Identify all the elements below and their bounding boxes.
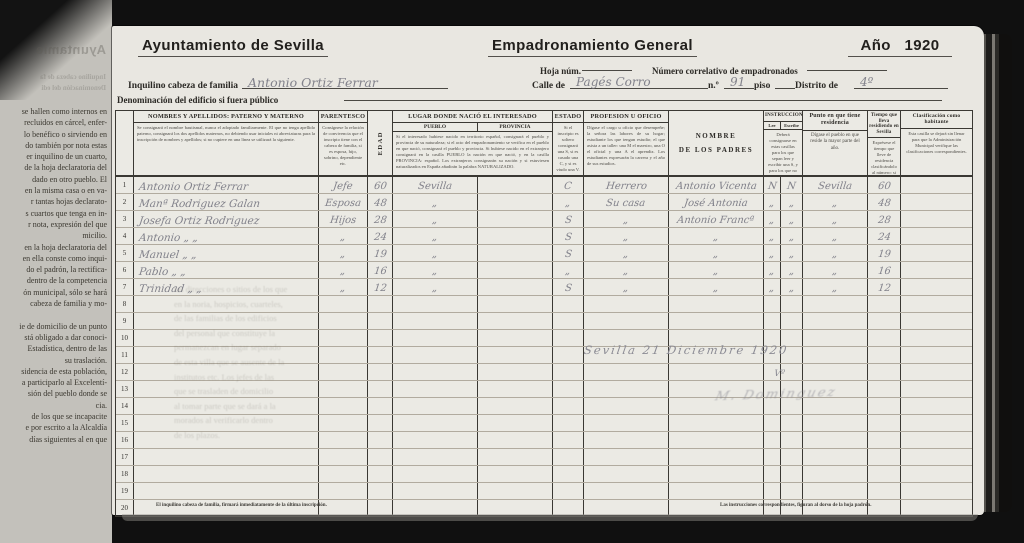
cell-estado: S — [553, 228, 584, 244]
column-header-nombres: NOMBRES Y APELLIDOS: PATERNO Y MATERNO S… — [134, 111, 319, 175]
cell-parentesco: Esposa — [319, 194, 368, 210]
handwritten-entry: Manuel „ „ — [138, 250, 197, 261]
row-number: 12 — [121, 368, 128, 376]
handwritten-entry: „ — [769, 216, 775, 226]
handwritten-entry: Hijos — [329, 216, 356, 226]
row-number: 5 — [123, 249, 127, 257]
handwritten-entry: „ — [832, 216, 838, 226]
cell-clasificacion — [901, 381, 972, 397]
cell-edad: 28 — [368, 211, 393, 227]
table-row: 3Josefa Ortiz RodriguezHijos28„S„Antonio… — [116, 211, 972, 228]
cell-estado — [553, 330, 584, 346]
handwritten-entry: 28 — [877, 216, 891, 226]
cell-escribe — [781, 483, 803, 499]
cell-tiempo — [868, 415, 901, 431]
handwritten-entry: Antonio Vicenta — [675, 182, 757, 192]
cell-edad — [368, 483, 393, 499]
cell-num: 6 — [116, 262, 134, 278]
handwritten-entry: 16 — [373, 267, 387, 277]
cell-num: 11 — [116, 347, 134, 363]
handwritten-entry: Esposa — [324, 199, 361, 209]
cell-clasificacion — [901, 211, 972, 227]
handwritten-entry: 24 — [373, 233, 387, 243]
cell-estado — [553, 415, 584, 431]
cell-residencia — [803, 432, 868, 448]
handwritten-entry: 28 — [373, 216, 387, 226]
cell-edad: 19 — [368, 245, 393, 261]
cell-escribe — [781, 313, 803, 329]
cell-parentesco: „ — [319, 262, 368, 278]
handwritten-entry: Manª Rodriguez Galan — [138, 199, 260, 210]
cell-profesion: „ — [584, 245, 669, 261]
handwritten-entry: Sevilla — [417, 182, 452, 192]
cell-profesion — [584, 466, 669, 482]
cell-padres — [669, 483, 764, 499]
cell-provincia — [478, 194, 553, 210]
cell-residencia: „ — [803, 262, 868, 278]
cell-padres: Antonio Vicenta — [669, 177, 764, 193]
cell-nombre: Antonio „ „ — [134, 228, 319, 244]
handwritten-entry: S — [564, 250, 572, 260]
piso-value — [775, 75, 795, 89]
cell-padres — [669, 466, 764, 482]
handwritten-entry: José Antonia — [684, 199, 749, 209]
cell-lee: „ — [764, 245, 781, 261]
cell-nombre: Josefa Ortiz Rodriguez — [134, 211, 319, 227]
cell-num: 19 — [116, 483, 134, 499]
cell-clasificacion — [901, 262, 972, 278]
cell-profesion — [584, 415, 669, 431]
nombres-note: Se consignará el nombre bautismal, nunca… — [134, 123, 318, 145]
cell-estado — [553, 296, 584, 312]
book-bottom-edge — [122, 514, 978, 521]
previous-page-text: se hallen como internos en recluidos en … — [0, 106, 110, 506]
provincia-subtitle: PROVINCIA — [478, 123, 552, 131]
handwritten-entry: „ — [713, 284, 719, 294]
table-header: NOMBRES Y APELLIDOS: PATERNO Y MATERNO S… — [116, 111, 972, 177]
profesion-note: Dígase el cargo u oficio que desempeñe; … — [584, 123, 668, 169]
cell-parentesco: „ — [319, 228, 368, 244]
column-header-clasificacion: Clasificación como habitante Esta casill… — [901, 111, 972, 175]
lugar-note: Si el interesado hubiese nacido en terri… — [393, 132, 552, 172]
cell-clasificacion — [901, 432, 972, 448]
row-number: 15 — [121, 419, 128, 427]
column-header-punto: Punto en que tiene residencia Dígase el … — [803, 111, 868, 175]
cell-parentesco — [319, 466, 368, 482]
cell-pueblo: „ — [393, 194, 478, 210]
cell-provincia — [478, 245, 553, 261]
cell-num: 9 — [116, 313, 134, 329]
pueblo-subtitle: PUEBLO — [393, 123, 478, 131]
cell-estado — [553, 449, 584, 465]
handwritten-entry: 16 — [877, 267, 891, 277]
cell-escribe: „ — [781, 228, 803, 244]
row-number: 1 — [123, 181, 127, 189]
estado-note: Si el inscripto es soltero consignará un… — [553, 123, 583, 175]
handwritten-entry: N — [787, 182, 797, 192]
cell-num: 14 — [116, 398, 134, 414]
handwritten-entry: „ — [432, 250, 438, 260]
handwritten-entry: Pablo „ „ — [138, 267, 186, 278]
cell-estado — [553, 313, 584, 329]
form-title: Empadronamiento General — [488, 37, 697, 57]
handwritten-entry: 24 — [877, 233, 891, 243]
cell-escribe: „ — [781, 279, 803, 295]
cell-profesion: „ — [584, 211, 669, 227]
cell-pueblo: „ — [393, 228, 478, 244]
row-number: 3 — [123, 215, 127, 223]
handwritten-entry: „ — [788, 250, 794, 260]
row-number: 20 — [121, 504, 128, 512]
cell-profesion — [584, 313, 669, 329]
cell-clasificacion — [901, 483, 972, 499]
instruccion-subheader: Lee Escribe — [764, 122, 802, 130]
cell-nombre — [134, 466, 319, 482]
cell-num: 12 — [116, 364, 134, 380]
denominacion-label: Denominación del edificio si fuera públi… — [117, 95, 278, 105]
handwritten-entry: 60 — [373, 182, 387, 192]
inquilino-label: Inquilino cabeza de familia — [128, 81, 238, 91]
handwritten-entry: S — [564, 284, 572, 294]
cell-num: 5 — [116, 245, 134, 261]
municipality-title: Ayuntamiento de Sevilla — [138, 37, 328, 57]
handwritten-entry: „ — [713, 267, 719, 277]
cell-clasificacion — [901, 449, 972, 465]
cell-padres: „ — [669, 228, 764, 244]
handwritten-entry: „ — [623, 250, 629, 260]
distrito-value: 4º — [854, 75, 948, 89]
handwritten-entry: „ — [565, 199, 571, 209]
cell-edad — [368, 466, 393, 482]
cell-profesion — [584, 449, 669, 465]
cell-estado — [553, 466, 584, 482]
cell-tiempo — [868, 364, 901, 380]
mirrored-ghost-title: Ayuntamie — [2, 42, 106, 57]
row-number: 7 — [123, 283, 127, 291]
cell-lee — [764, 483, 781, 499]
table-row: 2Manª Rodriguez GalanEsposa48„„Su casaJo… — [116, 194, 972, 211]
parentesco-note: Consígnese la relación de convivencia qu… — [319, 123, 367, 169]
cell-escribe: N — [781, 177, 803, 193]
handwritten-entry: „ — [788, 233, 794, 243]
cell-parentesco: „ — [319, 245, 368, 261]
cell-estado: „ — [553, 194, 584, 210]
cell-residencia: „ — [803, 211, 868, 227]
punto-note: Dígase el pueblo en que reside la mayor … — [803, 130, 867, 155]
handwritten-entry: Josefa Ortiz Rodriguez — [138, 216, 260, 227]
handwritten-entry: Su casa — [606, 199, 646, 209]
handwritten-entry: „ — [769, 284, 775, 294]
instruccion-note: Deberá consignarse en estas casillas par… — [764, 130, 802, 175]
lee-subtitle: Lee — [764, 122, 781, 129]
cell-padres — [669, 313, 764, 329]
cell-nombre: Manª Rodriguez Galan — [134, 194, 319, 210]
scanned-census-book: { "document": { "titles": { "municipalit… — [0, 0, 1024, 543]
cell-lee: „ — [764, 262, 781, 278]
handwritten-entry: „ — [769, 233, 775, 243]
cell-residencia: „ — [803, 245, 868, 261]
cell-escribe — [781, 466, 803, 482]
cell-padres — [669, 449, 764, 465]
cell-estado — [553, 364, 584, 380]
punto-title: Punto en que tiene residencia — [803, 111, 867, 128]
cell-num: 7 — [116, 279, 134, 295]
cell-padres: José Antonia — [669, 194, 764, 210]
handwritten-entry: „ — [832, 250, 838, 260]
cell-lee: N — [764, 177, 781, 193]
row-number: 9 — [123, 317, 127, 325]
cell-profesion: Herrero — [584, 177, 669, 193]
handwritten-entry: „ — [769, 199, 775, 209]
cell-residencia — [803, 466, 868, 482]
row-number: 11 — [121, 351, 128, 359]
handwritten-entry: „ — [832, 233, 838, 243]
cell-provincia — [478, 466, 553, 482]
cell-clasificacion — [901, 245, 972, 261]
column-header-tiempo: Tiempo que lleva residiendo en Sevilla E… — [868, 111, 901, 175]
profesion-title: PROFESION U OFICIO — [584, 111, 668, 123]
cell-residencia — [803, 449, 868, 465]
ink-bleedthrough: las direcciones o sitios de los que en l… — [174, 282, 494, 467]
handwritten-entry: „ — [623, 233, 629, 243]
handwritten-entry: „ — [788, 284, 794, 294]
cell-escribe — [781, 449, 803, 465]
cell-edad: 16 — [368, 262, 393, 278]
clasificacion-note: Esta casilla se dejará sin llenar para q… — [901, 129, 972, 157]
handwritten-entry: „ — [769, 267, 775, 277]
handwritten-entry: „ — [713, 233, 719, 243]
column-header-profesion: PROFESION U OFICIO Dígase el cargo u ofi… — [584, 111, 669, 175]
cell-padres — [669, 296, 764, 312]
table-row: 6Pablo „ „„16„„„„„„„16 — [116, 262, 972, 279]
cell-estado: S — [553, 279, 584, 295]
cell-num: 16 — [116, 432, 134, 448]
lugar-title: LUGAR DONDE NACIÓ EL INTERESADO — [393, 111, 552, 123]
column-header-edad: EDAD — [368, 111, 393, 175]
row-number: 13 — [121, 385, 128, 393]
year-value: 1920 — [905, 37, 940, 54]
cell-estado — [553, 483, 584, 499]
table-row: 1Antonio Ortiz FerrarJefe60SevillaCHerre… — [116, 177, 972, 194]
cell-lee — [764, 466, 781, 482]
cell-residencia: „ — [803, 228, 868, 244]
cell-tiempo: 60 — [868, 177, 901, 193]
cell-padres — [669, 415, 764, 431]
tiempo-title: Tiempo que lleva residiendo en Sevilla — [868, 111, 900, 138]
handwritten-entry: „ — [623, 267, 629, 277]
cell-lee — [764, 432, 781, 448]
handwritten-entry: 19 — [877, 250, 891, 260]
handwritten-entry: „ — [713, 250, 719, 260]
cell-estado — [553, 398, 584, 414]
handwritten-entry: 19 — [373, 250, 387, 260]
cell-escribe — [781, 296, 803, 312]
cell-lee — [764, 296, 781, 312]
cell-pueblo: „ — [393, 262, 478, 278]
cell-padres — [669, 364, 764, 380]
cell-clasificacion — [901, 347, 972, 363]
handwritten-entry: 12 — [877, 284, 891, 294]
cell-tiempo: 48 — [868, 194, 901, 210]
cell-profesion: Su casa — [584, 194, 669, 210]
handwritten-entry: „ — [832, 284, 838, 294]
tiempo-note: Exprésese el tiempo que lleve de residen… — [868, 138, 900, 175]
cell-pueblo: Sevilla — [393, 177, 478, 193]
cell-tiempo — [868, 330, 901, 346]
cell-num: 17 — [116, 449, 134, 465]
column-header-rownum — [116, 111, 134, 175]
cell-estado — [553, 432, 584, 448]
cell-padres — [669, 432, 764, 448]
cell-edad: 24 — [368, 228, 393, 244]
cell-residencia — [803, 296, 868, 312]
handwritten-entry: „ — [623, 216, 629, 226]
handwritten-entry: „ — [832, 199, 838, 209]
handwritten-entry: S — [564, 216, 572, 226]
cell-residencia — [803, 364, 868, 380]
handwritten-entry: Antonio Francª — [677, 216, 755, 226]
column-header-padres: NOMBRE DE LOS PADRES — [669, 111, 764, 175]
cell-lee: „ — [764, 228, 781, 244]
inquilino-value: Antonio Ortiz Ferrar — [242, 75, 448, 89]
cell-tiempo: 19 — [868, 245, 901, 261]
row-number: 8 — [123, 300, 127, 308]
cell-residencia — [803, 347, 868, 363]
row-number: 6 — [123, 266, 127, 274]
row-number: 16 — [121, 436, 128, 444]
cell-provincia — [478, 483, 553, 499]
cell-lee — [764, 415, 781, 431]
handwritten-entry: „ — [340, 233, 346, 243]
cell-pueblo: „ — [393, 245, 478, 261]
cell-clasificacion — [901, 313, 972, 329]
cell-profesion — [584, 432, 669, 448]
handwritten-entry: „ — [565, 267, 571, 277]
handwritten-visto: Vº — [773, 369, 785, 379]
row-number: 14 — [121, 402, 128, 410]
table-row: 18 — [116, 466, 972, 483]
handwritten-entry: „ — [340, 250, 346, 260]
hoja-num-field — [582, 59, 632, 71]
cell-padres: Antonio Francª — [669, 211, 764, 227]
cell-profesion — [584, 364, 669, 380]
cell-lee — [764, 313, 781, 329]
handwritten-entry: Antonio Ortiz Ferrar — [138, 182, 248, 193]
edad-title: EDAD — [377, 131, 384, 155]
cell-nombre: Pablo „ „ — [134, 262, 319, 278]
handwritten-entry: „ — [432, 267, 438, 277]
handwritten-entry: „ — [832, 267, 838, 277]
cell-num: 3 — [116, 211, 134, 227]
cell-clasificacion — [901, 398, 972, 414]
cell-residencia — [803, 415, 868, 431]
cell-edad: 60 — [368, 177, 393, 193]
cell-estado: S — [553, 211, 584, 227]
cell-tiempo — [868, 313, 901, 329]
cell-profesion: „ — [584, 279, 669, 295]
handwritten-entry: 48 — [373, 199, 387, 209]
cell-clasificacion — [901, 279, 972, 295]
handwritten-entry: „ — [432, 199, 438, 209]
cell-lee: „ — [764, 194, 781, 210]
column-header-estado: ESTADO Si el inscripto es soltero consig… — [553, 111, 584, 175]
cell-num: 10 — [116, 330, 134, 346]
cell-profesion — [584, 381, 669, 397]
footer-note-left: El inquilino cabeza de familia, firmará … — [156, 503, 327, 508]
handwritten-entry: 48 — [877, 199, 891, 209]
cell-profesion — [584, 483, 669, 499]
row-number: 2 — [123, 198, 127, 206]
cell-escribe — [781, 415, 803, 431]
previous-page: Ayuntamie Inquilino cabeza de fa Denomin… — [0, 0, 112, 543]
denominacion-field — [344, 89, 942, 101]
handwritten-entry: S — [564, 233, 572, 243]
cell-pueblo — [393, 483, 478, 499]
column-header-lugar: LUGAR DONDE NACIÓ EL INTERESADO PUEBLO P… — [393, 111, 553, 175]
cell-clasificacion — [901, 364, 972, 380]
estado-title: ESTADO — [553, 111, 583, 123]
footer-note-right: Las instrucciones correspondientes, figu… — [720, 503, 871, 508]
cell-padres: „ — [669, 262, 764, 278]
cell-lee: „ — [764, 279, 781, 295]
cell-residencia: Sevilla — [803, 177, 868, 193]
cell-lee: „ — [764, 211, 781, 227]
column-header-instruccion: INSTRUCCION Lee Escribe Deberá consignar… — [764, 111, 803, 175]
cell-estado: C — [553, 177, 584, 193]
handwritten-entry: Antonio „ „ — [138, 233, 198, 244]
cell-residencia — [803, 330, 868, 346]
row-number: 17 — [121, 453, 128, 461]
cell-num: 15 — [116, 415, 134, 431]
cell-escribe — [781, 432, 803, 448]
handwritten-entry: „ — [769, 250, 775, 260]
handwritten-entry: Jefe — [333, 182, 354, 192]
cell-profesion: „ — [584, 228, 669, 244]
row-number: 19 — [121, 487, 128, 495]
handwritten-entry: Sevilla — [817, 182, 852, 192]
cell-tiempo — [868, 381, 901, 397]
cell-tiempo — [868, 398, 901, 414]
padres-title-line2: DE LOS PADRES — [679, 146, 753, 154]
cell-provincia — [478, 228, 553, 244]
cell-estado — [553, 381, 584, 397]
row-number: 10 — [121, 334, 128, 342]
numero-value: 91 — [724, 75, 754, 89]
cell-num: 1 — [116, 177, 134, 193]
cell-provincia — [478, 211, 553, 227]
cell-num: 2 — [116, 194, 134, 210]
cell-parentesco — [319, 483, 368, 499]
cell-estado: „ — [553, 262, 584, 278]
cell-tiempo: 24 — [868, 228, 901, 244]
column-header-parentesco: PARENTESCO Consígnese la relación de con… — [319, 111, 368, 175]
cell-provincia — [478, 177, 553, 193]
cell-provincia — [478, 262, 553, 278]
cell-tiempo — [868, 432, 901, 448]
row-number: 18 — [121, 470, 128, 478]
cell-profesion — [584, 296, 669, 312]
handwritten-entry: „ — [623, 284, 629, 294]
book-page-edges — [984, 34, 1012, 512]
cell-profesion: „ — [584, 262, 669, 278]
nombres-title: NOMBRES Y APELLIDOS: PATERNO Y MATERNO — [134, 111, 318, 123]
cell-clasificacion — [901, 330, 972, 346]
table-row: 5Manuel „ „„19„S„„„„„19 — [116, 245, 972, 262]
cell-nombre — [134, 483, 319, 499]
cell-padres: „ — [669, 279, 764, 295]
correlativo-field — [807, 59, 887, 71]
cell-num: 18 — [116, 466, 134, 482]
